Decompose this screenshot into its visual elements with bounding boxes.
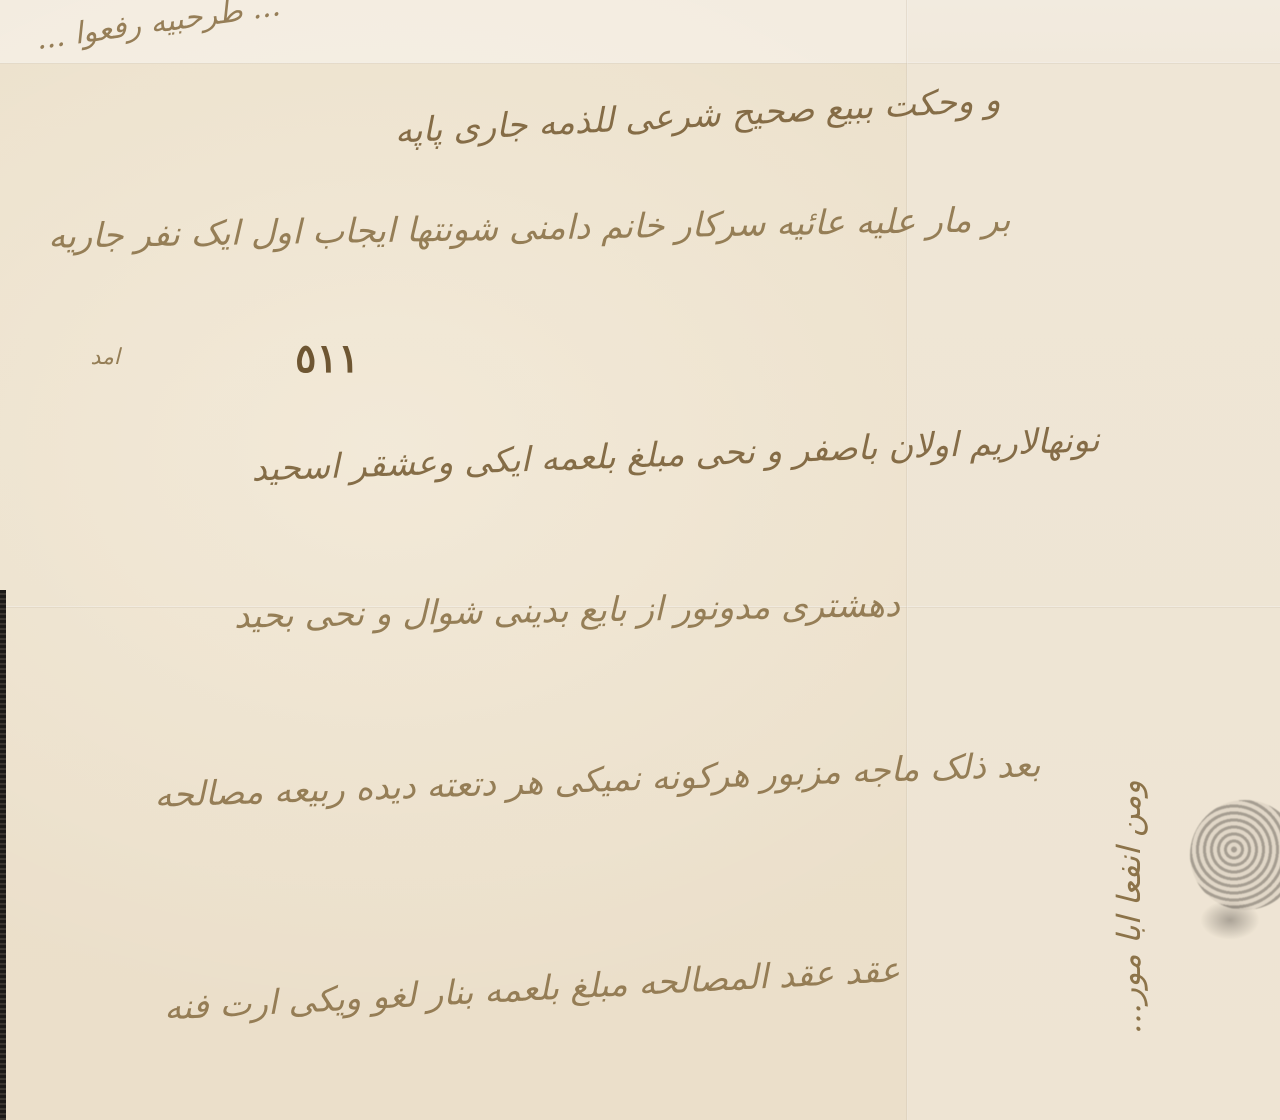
fold-line-top: [0, 62, 1280, 64]
paper-right-panel: [908, 0, 1280, 1120]
paper-edge-shadow: [0, 590, 6, 1120]
fold-line-vertical: [906, 0, 908, 1120]
margin-note-top-right: امد: [91, 345, 120, 370]
manuscript-numeral: ٥١١: [295, 335, 359, 382]
seal-smudge: [1200, 900, 1260, 940]
side-margin-note: ومن انفعا ابا مور...: [1110, 780, 1148, 1034]
